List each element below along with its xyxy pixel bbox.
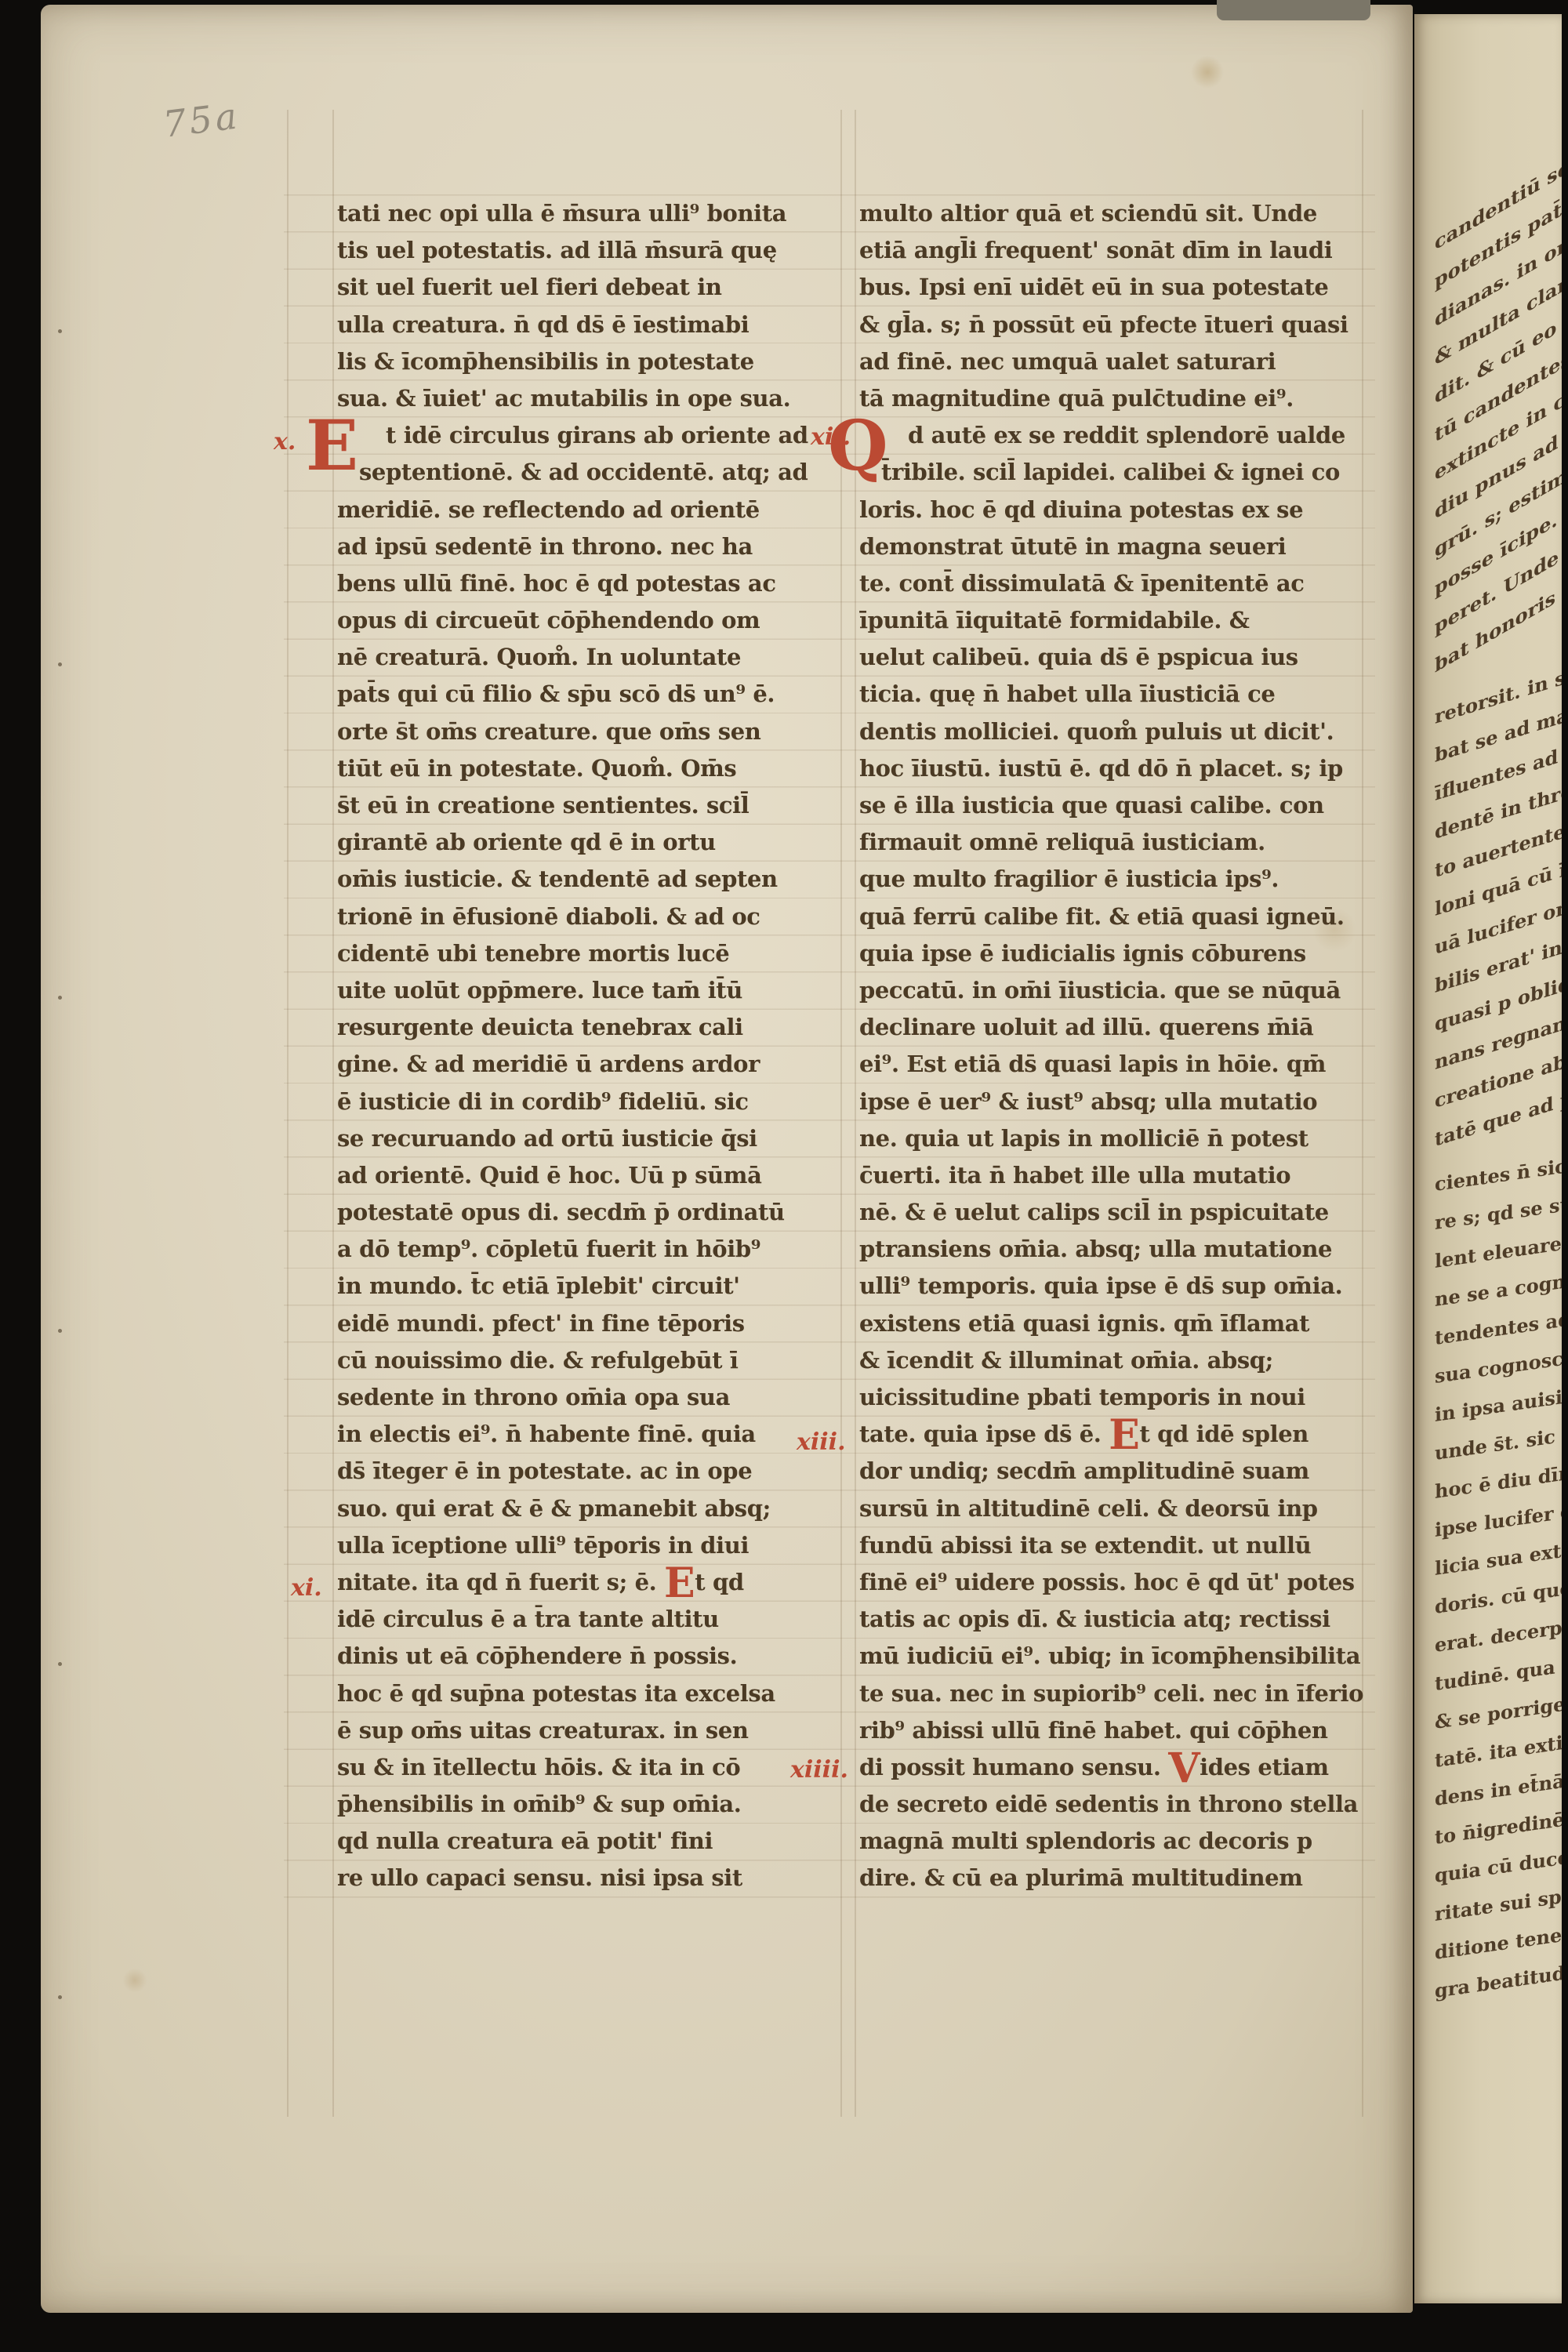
text-line: gine. & ad meridiē ū ardens ardor [337, 1046, 851, 1083]
text-line: sursū in altitudinē celi. & deorsū inp [859, 1490, 1373, 1527]
text-line: meridiē. se reflectendo ad orientē [337, 492, 851, 528]
text-line: ds̄ īteger ē in potestate. ac in ope [337, 1453, 851, 1490]
text-line: finē ei⁹ uidere possis. hoc ē qd ūt' pot… [859, 1564, 1373, 1601]
text-line: re ullo capaci sensu. nisi ipsa sit [337, 1860, 851, 1896]
text-line: in electis ei⁹. n̄ habente finē. quia [337, 1416, 851, 1453]
text-line: sedente in throno om̄ia opa sua [337, 1379, 851, 1416]
text-line: magnā multi splendoris ac decoris p [859, 1823, 1373, 1860]
text-line: sit uel fuerit uel fieri debeat in [337, 269, 851, 306]
text-line: ticia. quę n̄ habet ulla īiusticiā ce [859, 676, 1373, 713]
text-line: ad ipsū sedentē in throno. nec ha [337, 528, 851, 565]
text-line: bus. Ipsi enī uidēt eū in sua potestate [859, 269, 1373, 306]
text-column-left: tati nec opi ulla ē m̄sura ulli⁹ bonitat… [337, 195, 851, 1897]
text-line: & īcendit & illuminat om̄ia. absq; [859, 1342, 1373, 1379]
rubric-initial: E [306, 417, 358, 474]
text-line: su & in ītellectu hōis. & ita in cō [337, 1749, 851, 1786]
text-line: t̄ribile. scil̄ lapidei. calibei & ignei… [859, 454, 1373, 491]
text-line: potestatē opus di. secdm̄ p̄ ordinatū [337, 1194, 851, 1231]
text-line: ad finē. nec umquā ualet saturari [859, 343, 1373, 380]
text-line: hoc ē qd sup̄na potestas ita excelsa [337, 1675, 851, 1712]
text-line: se recuruando ad ortū iusticie q̄si [337, 1120, 851, 1157]
text-line: hoc īiustū. iustū ē. qd dō n̄ placet. s;… [859, 750, 1373, 787]
text-line: firmauit omnē reliquā iusticiam. [859, 824, 1373, 861]
text-line: rib⁹ abissi ullū finē habet. qui cōp̄hen [859, 1712, 1373, 1749]
text-line: ad orientē. Quid ē hoc. Uū p sūmā [337, 1157, 851, 1194]
text-line: nē. & ē uelut calips scil̄ in pspicuitat… [859, 1194, 1373, 1231]
text-line: se ē illa iusticia que quasi calibe. con [859, 787, 1373, 824]
text-line: fundū abissi ita se extendit. ut nullū [859, 1527, 1373, 1564]
text-line: demonstrat ūtutē in magna seueri [859, 528, 1373, 565]
text-line: mū iudiciū ei⁹. ubiq; in īcomp̄hensibili… [859, 1638, 1373, 1675]
text-line: existens etiā quasi ignis. qm̄ īflamat [859, 1305, 1373, 1342]
next-leaf-text-middle: retorsit. in se ipsū. atbat se ad malū. … [1435, 628, 1562, 1159]
text-line: nitate. ita qd n̄ fuerit s; ē. Et qd [337, 1564, 851, 1601]
text-line: uelut calibeū. quia ds̄ ē pspicua ius [859, 639, 1373, 676]
text-line: multo altior quā et sciendū sit. Unde [859, 195, 1373, 232]
text-line: peccatū. in om̄i īiusticia. que se nūquā [859, 972, 1373, 1009]
chapter-numeral-x: x. [274, 428, 296, 456]
text-line: ulli⁹ temporis. quia ipse ē ds̄ sup om̄i… [859, 1268, 1373, 1305]
text-line: quia ipse ē iudicialis ignis cōburens [859, 935, 1373, 972]
text-line: quā ferrū calibe fit. & etiā quasi igneū… [859, 898, 1373, 935]
text-line: cidentē ubi tenebre mortis lucē [337, 935, 851, 972]
text-line: uicissitudine pbati temporis in noui [859, 1379, 1373, 1416]
text-line: sua. & īuiet' ac mutabilis in ope sua. [337, 380, 851, 417]
text-line: ē iusticie di in cordib⁹ fideliū. sic [337, 1083, 851, 1120]
text-line: opus di circueūt cōp̄hendendo om [337, 602, 851, 639]
manuscript-photograph: { "manuscript": { "folio_number": "75a",… [0, 0, 1568, 2352]
text-line: dire. & cū ea plurimā multitudinem [859, 1860, 1373, 1896]
text-line: ne. quia ut lapis in molliciē n̄ potest [859, 1120, 1373, 1157]
text-line: om̄is iusticie. & tendentē ad septen [337, 861, 851, 898]
text-line: dor undiq; secdm̄ amplitudinē suam [859, 1453, 1373, 1490]
text-line: Et idē circulus girans ab oriente ad [337, 417, 851, 454]
text-line: etiā angl̄i frequent' sonāt dīm in laudi [859, 232, 1373, 269]
text-line: dinis ut eā cōp̄hendere n̄ possis. [337, 1638, 851, 1675]
text-line: suo. qui erat & ē & pmanebit absq; [337, 1490, 851, 1527]
text-line: girantē ab oriente qd ē in ortu [337, 824, 851, 861]
text-line: te. cont̄ dissimulatā & īpenitentē ac [859, 565, 1373, 602]
text-line: Qd autē ex se reddit splendorē ualde [859, 417, 1373, 454]
rubric-initial: E [1109, 1411, 1139, 1459]
chapter-numeral-xi: xi. [291, 1574, 322, 1602]
text-line: loris. hoc ē qd diuina potestas ex se [859, 492, 1373, 528]
next-leaf-text-upper: candentiū scintillaxpotentis pat̄s lucif… [1435, 95, 1562, 685]
text-line: idē circulus ē a t̄ra tante altitu [337, 1601, 851, 1638]
text-line: p̄hensibilis in om̄ib⁹ & sup om̄ia. [337, 1786, 851, 1823]
text-line: c̄uerti. ita n̄ habet ille ulla mutatio [859, 1157, 1373, 1194]
text-line: cū nouissimo die. & refulgebūt ī [337, 1342, 851, 1379]
text-line: tis uel potestatis. ad illā m̄surā quę [337, 232, 851, 269]
text-column-right: multo altior quā et sciendū sit. Undeeti… [859, 195, 1373, 1897]
text-line: ulla īceptione ulli⁹ tēporis in diui [337, 1527, 851, 1564]
text-line: declinare uoluit ad illū. querens m̄iā [859, 1009, 1373, 1046]
rubric-initial: Q [828, 417, 887, 474]
rubric-initial: E [664, 1559, 695, 1607]
text-line: ei⁹. Est etiā ds̄ quasi lapis in hōie. q… [859, 1046, 1373, 1083]
text-line: dentis molliciei. quom̊ puluis ut dicit'… [859, 713, 1373, 750]
text-line: qd nulla creatura eā potit' fini [337, 1823, 851, 1860]
text-line: tate. quia ipse ds̄ ē. Et qd idē splen [859, 1416, 1373, 1453]
text-line: tatis ac opis dī. & iusticia atq; rectis… [859, 1601, 1373, 1638]
text-line: ē sup om̄s uitas creaturax. in sen [337, 1712, 851, 1749]
text-line: a dō temp⁹. cōpletū fuerit in hōib⁹ [337, 1231, 851, 1268]
text-line: uite uolūt opp̄mere. luce tam̄ it̄ū [337, 972, 851, 1009]
text-line: orte s̄t om̄s creature. que om̄s sen [337, 713, 851, 750]
text-line: que multo fragilior ē iusticia ips⁹. [859, 861, 1373, 898]
text-line: in mundo. t̄c etiā īplebit' circuit' [337, 1268, 851, 1305]
text-line: lis & īcomp̄hensibilis in potestate [337, 343, 851, 380]
text-line: te sua. nec in supiorib⁹ celi. nec in īf… [859, 1675, 1373, 1712]
text-line: īpunitā īiquitatē formidabile. & [859, 602, 1373, 639]
text-line: septentionē. & ad occidentē. atq; ad [337, 454, 851, 491]
text-line: ipse ē uer⁹ & iust⁹ absq; ulla mutatio [859, 1083, 1373, 1120]
text-line: tati nec opi ulla ē m̄sura ulli⁹ bonita [337, 195, 851, 232]
text-line: trionē in ēfusionē diaboli. & ad oc [337, 898, 851, 935]
rubric-initial: V [1168, 1744, 1200, 1792]
folio-number: 75a [161, 94, 242, 146]
text-line: resurgente deuicta tenebrax cali [337, 1009, 851, 1046]
text-line: tiūt eū in potestate. Quom̊. Om̄s [337, 750, 851, 787]
text-line: s̄t eū in creatione sentientes. scil̄ [337, 787, 851, 824]
text-line: tā magnitudine quā pulc̄tudine ei⁹. [859, 380, 1373, 417]
next-leaf-text-lower: cientes n̄ sic qd eū scire s; qd se sup … [1435, 1131, 1562, 2010]
next-leaf-edge: candentiū scintillaxpotentis pat̄s lucif… [1414, 14, 1562, 2303]
vertical-rule [287, 110, 289, 2117]
text-line: de secreto eidē sedentis in throno stell… [859, 1786, 1373, 1823]
text-line: ulla creatura. n̄ qd ds̄ ē īestimabi [337, 307, 851, 343]
text-line: ptransiens om̄ia. absq; ulla mutatione [859, 1231, 1373, 1268]
text-line: & gl̄a. s; n̄ possūt eū pfecte ītueri qu… [859, 307, 1373, 343]
text-line: pat̄s qui cū filio & sp̄u scō ds̄ un⁹ ē. [337, 676, 851, 713]
text-line: di possit humano sensu. Vides etiam [859, 1749, 1373, 1786]
binding-headband [1217, 0, 1370, 20]
text-line: eidē mundi. pfect' in fine tēporis [337, 1305, 851, 1342]
text-line: bens ullū finē. hoc ē qd potestas ac [337, 565, 851, 602]
text-line: nē creaturā. Quom̊. In uoluntate [337, 639, 851, 676]
